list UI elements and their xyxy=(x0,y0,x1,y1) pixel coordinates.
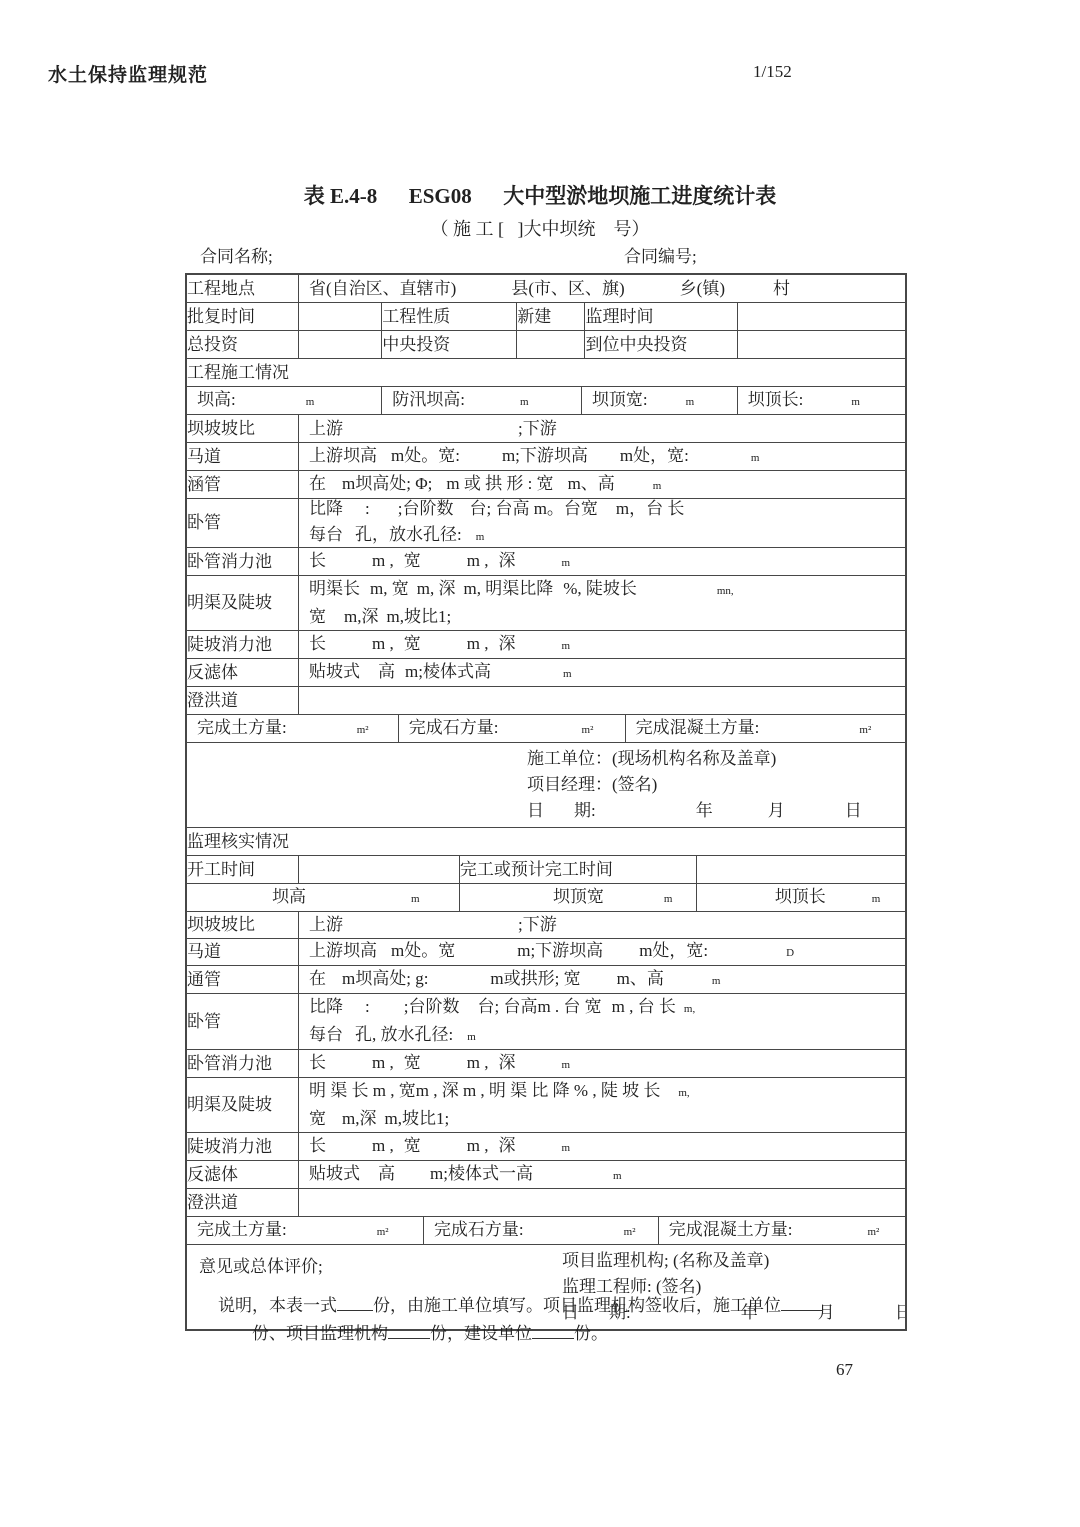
cell-line: 监理核实情况 xyxy=(187,829,905,855)
cell-content: 完成土方量:m² xyxy=(197,715,398,742)
contract-no-label: 合同编号; xyxy=(624,242,697,267)
text-segment: 宽 xyxy=(404,1133,421,1159)
row-content: 比降:;台阶数台; 台高m . 台 宽m , 台 长m,每台孔, 放水孔径:m xyxy=(299,994,905,1049)
cell-content: 完工或预计完工时间 xyxy=(460,857,696,883)
text-segment: m xyxy=(561,1135,570,1161)
row-label: 总投资 xyxy=(187,331,299,358)
text-segment: m , xyxy=(467,1133,489,1159)
row-content: 贴坡式高m;棱体式一高m xyxy=(299,1161,905,1188)
text-segment: 澄洪道 xyxy=(187,1190,238,1216)
cell-content: 长m ,宽m ,深m xyxy=(309,548,905,575)
cell-content: 比降:;台阶数台; 台高m . 台 宽m , 台 长m,每台孔, 放水孔径:m xyxy=(309,994,905,1049)
text-segment: 省(自治区、直辖市) xyxy=(309,276,456,302)
cell-line: 马道 xyxy=(187,444,298,470)
cell-content: 明 渠 长 m , 宽m , 深 m , 明 渠 比 降 % , 陡 坡 长m,… xyxy=(309,1078,905,1132)
text-segment: 深 xyxy=(498,1133,515,1159)
cell-content: 坝坡坡比 xyxy=(187,912,298,938)
cell-content: 卧管消力池 xyxy=(187,1051,298,1077)
text-segment: 卧管消力池 xyxy=(187,549,272,575)
row-label: 陡坡消力池 xyxy=(187,1133,299,1160)
text-segment: 台; 台高 m。台宽 xyxy=(469,499,597,522)
text-segment: m , xyxy=(372,1050,394,1076)
spillway-row: 澄洪道 xyxy=(187,687,905,715)
form-subtitle: （ 施 工 [ ]大中坝统 号） xyxy=(0,215,1080,241)
cell-content: 上游坝高m处。宽:m;下游坝高m处，宽:m xyxy=(309,443,905,470)
culvert-row: 涵管在m坝高处; Φ;m 或 拱 形 : 宽m、高m xyxy=(187,471,905,499)
text-segment: 说明，本表一式 xyxy=(218,1292,337,1320)
text-segment: 上游坝高 xyxy=(309,443,377,469)
text-segment: 新建 xyxy=(517,304,551,330)
text-segment: 开工时间 xyxy=(187,857,255,883)
text-segment: mn, xyxy=(717,578,734,604)
cell-content: 陡坡消力池 xyxy=(187,632,298,658)
text-segment: m, 宽 xyxy=(370,576,409,602)
cell-content: 完成土方量:m² xyxy=(197,1217,423,1244)
approval-nature-row: 批复时间工程性质新建监理时间 xyxy=(187,303,905,331)
cell-line: 在m坝高处; Φ;m 或 拱 形 : 宽m、高m xyxy=(309,471,905,498)
value-cell: 新建 xyxy=(517,303,585,330)
text-segment: m xyxy=(712,968,721,994)
cell-content: 澄洪道 xyxy=(187,688,298,714)
text-segment: 涵管 xyxy=(187,472,221,498)
text-segment: : xyxy=(365,499,370,522)
text-segment: m² xyxy=(624,1219,636,1245)
cell-content: 在m坝高处; g:m或拱形; 宽m、高m xyxy=(309,966,905,993)
cell-content: 在m坝高处; Φ;m 或 拱 形 : 宽m、高m xyxy=(309,471,905,498)
cell-line: 在m坝高处; g:m或拱形; 宽m、高m xyxy=(309,966,905,993)
text-segment: 工程地点 xyxy=(187,276,255,302)
cell-line: 坝顶长m xyxy=(707,884,905,911)
value-cell: 坝高m xyxy=(187,884,460,911)
text-segment: m, xyxy=(684,996,695,1022)
construction-section-header: 工程施工情况 xyxy=(187,359,905,387)
cell-line: 省(自治区、直辖市)县(市、区、旗)乡(镇)村 xyxy=(309,276,905,302)
text-segment: m坝高处; Φ; xyxy=(342,471,432,497)
text-segment: m xyxy=(476,524,485,547)
row-label: 澄洪道 xyxy=(187,687,299,714)
cell-line: 施工单位：(现场机构名称及盖章) xyxy=(527,746,905,772)
value-cell: 坝高:m xyxy=(187,387,382,414)
text-segment: m , 台 长 xyxy=(612,994,676,1020)
cell-content: 到位中央投资 xyxy=(585,332,737,358)
text-segment: m xyxy=(520,389,529,415)
text-segment: m坝高处; g: xyxy=(342,966,428,992)
cell-line: 上游;下游 xyxy=(309,912,905,938)
text-segment: 份，由施工单位填写。项目监理机构签收后，施工单位 xyxy=(373,1292,781,1320)
row-content: 上游坝高m处。宽:m;下游坝高m处，宽:m xyxy=(299,443,905,470)
row-content: 省(自治区、直辖市)县(市、区、旗)乡(镇)村 xyxy=(299,275,905,302)
text-segment: 月 xyxy=(768,798,785,824)
row-content: 在m坝高处; Φ;m 或 拱 形 : 宽m、高m xyxy=(299,471,905,498)
cell-line: 工程施工情况 xyxy=(187,360,905,386)
cell-line: 批复时间 xyxy=(187,304,298,330)
text-segment: m;下游坝高 xyxy=(502,443,588,469)
text-segment: ;台阶数 xyxy=(398,499,454,522)
footnote-line: 说明，本表一式份，由施工单位填写。项目监理机构签收后，施工单位 xyxy=(218,1292,908,1320)
cell-line: 明渠及陡坡 xyxy=(187,590,298,616)
cell-content: 完成混凝土方量:m² xyxy=(669,1217,905,1244)
through-pipe-row: 通管在m坝高处; g:m或拱形; 宽m、高m xyxy=(187,966,905,994)
cell-line: 长m ,宽m ,深m xyxy=(309,631,905,658)
text-segment: 上游 xyxy=(309,912,343,938)
cell-line: 长m ,宽m ,深m xyxy=(309,548,905,575)
cell-content: 澄洪道 xyxy=(187,1190,298,1216)
text-segment: 在 xyxy=(309,471,326,497)
text-segment: 工程性质 xyxy=(382,304,450,330)
cell-content: 完成混凝土方量:m² xyxy=(636,715,905,742)
cell-content: 长m ,宽m ,深m xyxy=(309,1050,905,1077)
cell-line: 上游坝高m处。宽m;下游坝高m处，宽:D xyxy=(309,939,905,965)
row-label: 到位中央投资 xyxy=(585,331,738,358)
text-segment: 日 xyxy=(845,798,862,824)
cell-content: 明渠及陡坡 xyxy=(187,590,298,616)
row-content: 长m ,宽m ,深m xyxy=(299,548,905,575)
cell-content: 工程性质 xyxy=(382,304,516,330)
cell-line: 长m ,宽m ,深m xyxy=(309,1050,905,1077)
dam-slope-row-2: 坝坡坡比上游;下游 xyxy=(187,912,905,939)
text-segment: 反滤体 xyxy=(187,660,238,686)
cell-line: 完成石方量:m² xyxy=(409,715,625,742)
cell-content: 贴坡式高m;棱体式高m xyxy=(309,659,905,686)
text-segment: 陡坡消力池 xyxy=(187,632,272,658)
text-segment: m xyxy=(467,1024,476,1050)
value-cell: 完成土方量:m² xyxy=(187,1217,424,1244)
text-segment: m xyxy=(306,389,315,415)
row-content: 明 渠 长 m , 宽m , 深 m , 明 渠 比 降 % , 陡 坡 长m,… xyxy=(299,1078,905,1132)
blank-cell xyxy=(697,856,905,883)
cell-line: 完成混凝土方量:m² xyxy=(636,715,905,742)
cell-content: 明渠长m, 宽m, 深m, 明渠比降%, 陡坡长mn,宽m,深m,坡比1; xyxy=(309,576,905,630)
row-label: 马道 xyxy=(187,939,299,965)
row-content: 明渠长m, 宽m, 深m, 明渠比降%, 陡坡长mn,宽m,深m,坡比1; xyxy=(299,576,905,630)
row-label: 反滤体 xyxy=(187,1161,299,1188)
text-segment: 卧管 xyxy=(187,1009,221,1035)
row-content: 比降:;台阶数台; 台高 m。台宽m，台 长每台孔，放水孔径:m xyxy=(299,499,905,547)
cell-line: 涵管 xyxy=(187,472,298,498)
text-segment: 完成石方量: xyxy=(409,715,499,741)
cell-content: 长m ,宽m ,深m xyxy=(309,631,905,658)
cell-line: 卧管消力池 xyxy=(187,549,298,575)
row-label: 澄洪道 xyxy=(187,1189,299,1216)
cell-content: 坝高m xyxy=(197,884,459,911)
text-segment: m xyxy=(411,886,420,912)
text-segment: 批复时间 xyxy=(187,304,255,330)
cell-content: 工程施工情况 xyxy=(187,360,905,386)
fill-in-blank xyxy=(388,1321,430,1339)
cell-line: 总投资 xyxy=(187,332,298,358)
cell-content: 卧管 xyxy=(187,1009,298,1035)
row-label: 陡坡消力池 xyxy=(187,631,299,658)
document-page: 水土保持监理规范 1/152 表 E.4-8 ESG08 大中型淤地坝施工进度统… xyxy=(0,0,1080,1527)
text-segment: 宽 xyxy=(309,604,326,630)
text-segment: 监理时间 xyxy=(585,304,653,330)
dam-height-row: 坝高:m防汛坝高:m坝顶宽:m坝顶长:m xyxy=(187,387,905,415)
text-segment: 上游 xyxy=(309,416,343,442)
chute-stilling-basin-row: 陡坡消力池长m ,宽m ,深m xyxy=(187,631,905,659)
row-label: 坝坡坡比 xyxy=(187,415,299,442)
text-segment: m xyxy=(653,473,662,499)
cell-line: 卧管消力池 xyxy=(187,1051,298,1077)
text-segment: m xyxy=(613,1163,622,1189)
cell-line: 澄洪道 xyxy=(187,1190,298,1216)
text-segment: m xyxy=(561,633,570,659)
text-segment: 明 渠 长 m , 宽m , 深 m , 明 渠 比 降 % , 陡 坡 长 xyxy=(309,1078,660,1104)
text-segment: m、高 xyxy=(617,966,664,992)
cell-content: 坝顶长m xyxy=(707,884,905,911)
contract-line: 合同名称; 合同编号; xyxy=(200,242,918,266)
value-cell: 防汛坝高:m xyxy=(382,387,582,414)
investment-row: 总投资中央投资到位中央投资 xyxy=(187,331,905,359)
cell-content: 长m ,宽m ,深m xyxy=(309,1133,905,1160)
text-segment: 中央投资 xyxy=(382,332,450,358)
cell-line: 完成土方量:m² xyxy=(197,1217,423,1244)
start-finish-time-row: 开工时间完工或预计完工时间 xyxy=(187,856,905,884)
cell-content: 完成石方量:m² xyxy=(409,715,625,742)
text-segment: m² xyxy=(377,1219,389,1245)
cell-line: 通管 xyxy=(187,967,298,993)
text-segment: 总投资 xyxy=(187,332,238,358)
text-segment: m , xyxy=(467,1050,489,1076)
text-segment: m处，宽: xyxy=(620,443,689,469)
cell-content: 贴坡式高m;棱体式一高m xyxy=(309,1161,905,1188)
cell-line: 防汛坝高:m xyxy=(392,387,581,414)
text-segment: ;下游 xyxy=(518,416,557,442)
text-segment: 贴坡式 xyxy=(309,659,360,685)
cell-line: 比降:;台阶数台; 台高m . 台 宽m , 台 长m, xyxy=(309,994,905,1022)
text-segment: 台; 台高m . 台 宽 xyxy=(477,994,601,1020)
text-segment: 坝高 xyxy=(272,884,306,910)
blank-cell xyxy=(299,303,382,330)
text-segment: m, 明渠比降 xyxy=(463,576,553,602)
section-header-cell: 工程施工情况 xyxy=(187,359,905,386)
cell-content: 省(自治区、直辖市)县(市、区、旗)乡(镇)村 xyxy=(309,276,905,302)
text-segment: 坝高: xyxy=(197,387,236,413)
value-cell: 坝顶宽m xyxy=(460,884,697,911)
cell-line: 明 渠 长 m , 宽m , 深 m , 明 渠 比 降 % , 陡 坡 长m, xyxy=(309,1078,905,1106)
text-segment: 在 xyxy=(309,966,326,992)
text-segment: m , xyxy=(467,548,489,574)
cell-line: 明渠及陡坡 xyxy=(187,1092,298,1118)
cell-content: 总投资 xyxy=(187,332,298,358)
cell-line: 坝坡坡比 xyxy=(187,416,298,442)
text-segment: m处，宽: xyxy=(639,939,708,964)
cell-line: 项目经理：(签名) xyxy=(527,772,905,798)
row-content: 在m坝高处; g:m或拱形; 宽m、高m xyxy=(299,966,905,993)
text-segment: 份。 xyxy=(574,1320,608,1348)
text-segment: 贴坡式 xyxy=(309,1161,360,1187)
supervision-section-header: 监理核实情况 xyxy=(187,828,905,856)
text-segment: m xyxy=(561,550,570,576)
dam-slope-row: 坝坡坡比上游;下游 xyxy=(187,415,905,443)
value-cell: 完成土方量:m² xyxy=(187,715,399,742)
cell-content: 上游;下游 xyxy=(309,416,905,442)
cell-content: 通管 xyxy=(187,967,298,993)
section-header-cell: 监理核实情况 xyxy=(187,828,905,855)
text-segment: 监理核实情况 xyxy=(187,829,289,855)
cell-content: 坝顶宽:m xyxy=(592,387,737,414)
text-segment: 孔, 放水孔径: xyxy=(355,1022,453,1048)
text-segment: m, 深 xyxy=(417,576,456,602)
text-segment: 马道 xyxy=(187,939,221,965)
value-cell: 坝顶宽:m xyxy=(582,387,738,414)
text-segment: m xyxy=(664,886,673,912)
text-segment: 长 xyxy=(309,1050,326,1076)
cell-line: 宽m,深m,坡比1; xyxy=(309,604,905,630)
cell-line: 卧管 xyxy=(187,1009,298,1035)
text-segment: 每台 xyxy=(309,522,343,547)
cell-line: 每台孔，放水孔径:m xyxy=(309,522,905,547)
text-segment: m xyxy=(851,389,860,415)
cell-line: 新建 xyxy=(517,304,584,330)
text-segment: 期: xyxy=(574,798,596,824)
row-label: 开工时间 xyxy=(187,856,299,883)
text-segment: m;下游坝高 xyxy=(517,939,603,964)
text-segment: 明渠长 xyxy=(309,576,360,602)
cell-line: 监理时间 xyxy=(585,304,737,330)
text-segment: 陡坡消力池 xyxy=(187,1134,272,1160)
text-segment: m,深 xyxy=(342,1106,376,1132)
cell-line: 日期:年月日 xyxy=(527,798,905,824)
cell-content: 工程地点 xyxy=(187,276,298,302)
text-segment: ;台阶数 xyxy=(404,994,460,1020)
cell-content: 监理时间 xyxy=(585,304,737,330)
text-segment: m , xyxy=(467,631,489,657)
cell-line: 坝高m xyxy=(197,884,459,911)
cell-content: 卧管 xyxy=(187,510,298,536)
text-segment: 宽 xyxy=(309,1106,326,1132)
row-label: 卧管消力池 xyxy=(187,548,299,575)
row-label: 批复时间 xyxy=(187,303,299,330)
row-content: 上游;下游 xyxy=(299,912,905,938)
text-segment: 坝顶长: xyxy=(748,387,804,413)
text-segment: m xyxy=(563,661,572,687)
text-segment: m , xyxy=(372,1133,394,1159)
cell-line: 完成混凝土方量:m² xyxy=(669,1217,905,1244)
text-segment: m² xyxy=(582,717,594,743)
cell-content: 批复时间 xyxy=(187,304,298,330)
cell-line: 开工时间 xyxy=(187,857,298,883)
cell-line: 坝坡坡比 xyxy=(187,912,298,938)
dam-height-row-2: 坝高m坝顶宽m坝顶长m xyxy=(187,884,905,912)
cell-line: 工程地点 xyxy=(187,276,298,302)
value-cell: 完成石方量:m² xyxy=(399,715,626,742)
text-segment: 完成石方量: xyxy=(434,1217,524,1243)
cell-line: 坝顶宽m xyxy=(470,884,696,911)
cell-content: 比降:;台阶数台; 台高 m。台宽m，台 长每台孔，放水孔径:m xyxy=(309,499,905,547)
cell-content: 明渠及陡坡 xyxy=(187,1092,298,1118)
text-segment: 坝顶长 xyxy=(775,884,826,910)
text-segment: 通管 xyxy=(187,967,221,993)
sloping-pipe-row: 卧管比降:;台阶数台; 台高 m。台宽m，台 长每台孔，放水孔径:m xyxy=(187,499,905,548)
text-segment: m² xyxy=(357,717,369,743)
text-segment: m处。宽 xyxy=(391,939,455,964)
text-segment: D xyxy=(786,940,794,965)
text-segment: m xyxy=(561,1052,570,1078)
text-segment: 年 xyxy=(696,798,713,824)
text-segment: 份、项目监理机构 xyxy=(252,1320,388,1348)
text-segment: 项目经理：(签名) xyxy=(527,772,657,798)
text-segment: 深 xyxy=(498,548,515,574)
text-segment: 坝坡坡比 xyxy=(187,912,255,938)
text-segment: m xyxy=(872,886,881,912)
row-label: 工程地点 xyxy=(187,275,299,302)
cell-content: 卧管消力池 xyxy=(187,549,298,575)
row-label: 卧管 xyxy=(187,499,299,547)
filter-row: 反滤体贴坡式高m;棱体式高m xyxy=(187,659,905,687)
cell-line: 每台孔, 放水孔径:m xyxy=(309,1022,905,1050)
cell-line: 澄洪道 xyxy=(187,688,298,714)
text-segment: m xyxy=(686,389,695,415)
cell-content: 上游坝高m处。宽m;下游坝高m处，宽:D xyxy=(309,939,905,965)
sloping-pipe-row-2: 卧管比降:;台阶数台; 台高m . 台 宽m , 台 长m,每台孔, 放水孔径:… xyxy=(187,994,905,1050)
channel-chute-row: 明渠及陡坡明渠长m, 宽m, 深m, 明渠比降%, 陡坡长mn,宽m,深m,坡比… xyxy=(187,576,905,631)
cell-line: 反滤体 xyxy=(187,660,298,686)
text-segment: 卧管消力池 xyxy=(187,1051,272,1077)
text-segment: 深 xyxy=(498,1050,515,1076)
cell-content: 马道 xyxy=(187,444,298,470)
text-segment: m或拱形; 宽 xyxy=(490,966,580,992)
row-label: 反滤体 xyxy=(187,659,299,686)
cell-line: 上游坝高m处。宽:m;下游坝高m处，宽:m xyxy=(309,443,905,470)
berm-row: 马道上游坝高m处。宽:m;下游坝高m处，宽:m xyxy=(187,443,905,471)
completed-quantity-row-2: 完成土方量:m²完成石方量:m²完成混凝土方量:m² xyxy=(187,1217,905,1245)
text-segment: 高 xyxy=(378,1161,395,1187)
cell-content: 坝坡坡比 xyxy=(187,416,298,442)
channel-chute-row-2: 明渠及陡坡明 渠 长 m , 宽m , 深 m , 明 渠 比 降 % , 陡 … xyxy=(187,1078,905,1133)
row-label: 马道 xyxy=(187,443,299,470)
text-segment: 比降 xyxy=(309,499,343,522)
cell-line: 上游;下游 xyxy=(309,416,905,442)
signature-cell: 施工单位：(现场机构名称及盖章)项目经理：(签名)日期:年月日 xyxy=(187,743,905,827)
text-segment: 到位中央投资 xyxy=(585,332,687,358)
contractor-signature-row: 施工单位：(现场机构名称及盖章)项目经理：(签名)日期:年月日 xyxy=(187,743,905,828)
row-label: 工程性质 xyxy=(382,303,517,330)
blank-cell xyxy=(299,856,460,883)
row-label: 坝坡坡比 xyxy=(187,912,299,938)
text-segment: 完成混凝土方量: xyxy=(636,715,760,741)
value-cell: 完成混凝土方量:m² xyxy=(659,1217,905,1244)
form-table: 工程地点省(自治区、直辖市)县(市、区、旗)乡(镇)村批复时间工程性质新建监理时… xyxy=(185,273,907,1331)
text-segment: 坝顶宽: xyxy=(592,387,648,413)
text-segment: 每台 xyxy=(309,1022,343,1048)
fill-in-blank xyxy=(532,1321,574,1339)
cell-content: 监理核实情况 xyxy=(187,829,905,855)
value-cell: 坝顶长m xyxy=(697,884,905,911)
blank-cell xyxy=(738,303,905,330)
text-segment: 比降 xyxy=(309,994,343,1020)
text-segment: : xyxy=(365,994,370,1020)
value-cell: 完成石方量:m² xyxy=(424,1217,659,1244)
cell-line: 完成土方量:m² xyxy=(197,715,398,742)
filter-row-2: 反滤体贴坡式高m;棱体式一高m xyxy=(187,1161,905,1189)
document-header-title: 水土保持监理规范 xyxy=(48,60,208,87)
text-segment: m、高 xyxy=(568,471,615,497)
cell-content: 中央投资 xyxy=(382,332,516,358)
row-label: 涵管 xyxy=(187,471,299,498)
project-location-row: 工程地点省(自治区、直辖市)县(市、区、旗)乡(镇)村 xyxy=(187,275,905,303)
text-segment: m, xyxy=(678,1080,689,1106)
row-label: 明渠及陡坡 xyxy=(187,1078,299,1132)
cell-line: 比降:;台阶数台; 台高 m。台宽m，台 长 xyxy=(309,499,905,522)
text-segment: 完成土方量: xyxy=(197,1217,287,1243)
text-segment: 份，建设单位 xyxy=(430,1320,532,1348)
blank-cell xyxy=(299,1189,905,1216)
text-segment: 长 xyxy=(309,1133,326,1159)
row-label: 卧管 xyxy=(187,994,299,1049)
text-segment: 完工或预计完工时间 xyxy=(460,857,613,883)
text-segment: 施工单位：(现场机构名称及盖章) xyxy=(527,746,776,772)
cell-content: 完成石方量:m² xyxy=(434,1217,658,1244)
